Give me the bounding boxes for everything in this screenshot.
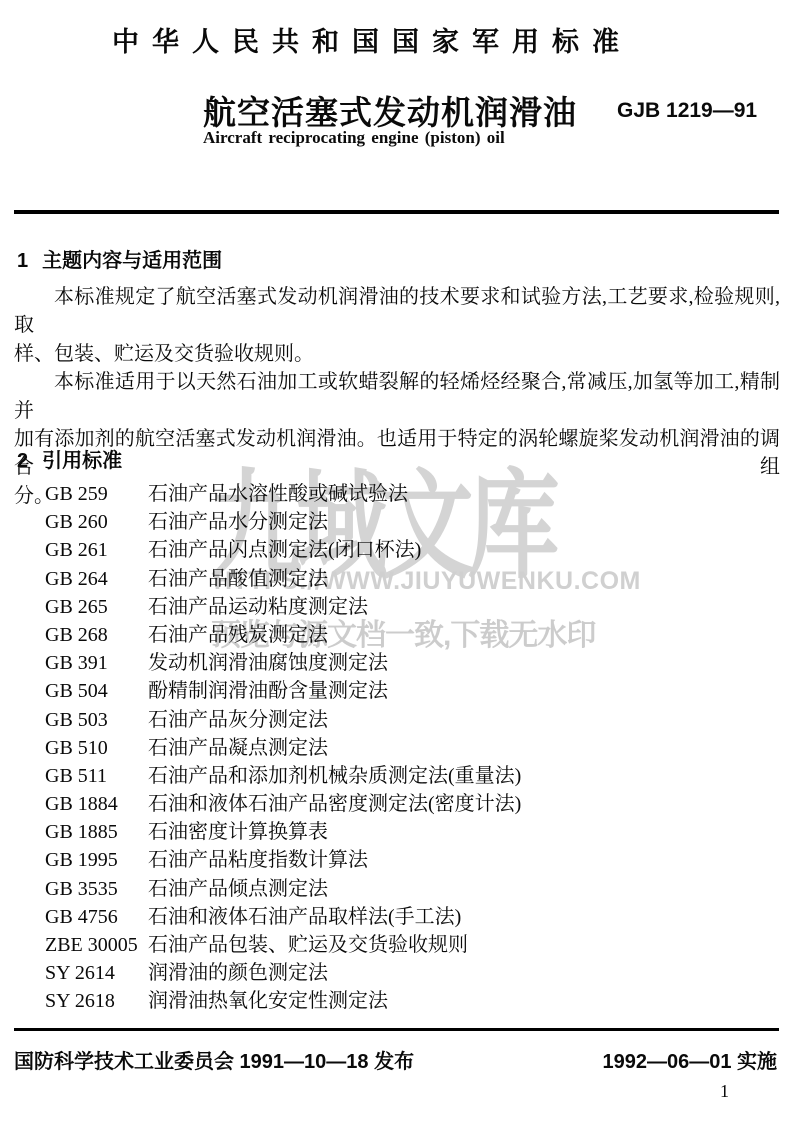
reference-row: GB 3535 石油产品倾点测定法 <box>45 875 521 903</box>
reference-title: 石油产品凝点测定法 <box>148 734 328 762</box>
reference-title: 石油和液体石油产品取样法(手工法) <box>148 903 461 931</box>
reference-row: GB 260 石油产品水分测定法 <box>45 508 521 536</box>
reference-code: GB 265 <box>45 593 148 621</box>
footer-issued-by: 国防科学技术工业委员会 1991—10—18 发布 <box>14 1045 414 1074</box>
reference-code: GB 268 <box>45 621 148 649</box>
reference-code: GB 1885 <box>45 818 148 846</box>
document-page: 九域文库 HTTPS://WWW.JIUYUWENKU.COM 预览与源文档一致… <box>0 0 793 1122</box>
section-1-number: 1 <box>17 250 28 272</box>
document-title-chinese: 航空活塞式发动机润滑油 <box>203 87 577 134</box>
page-number: 1 <box>720 1081 729 1102</box>
reference-code: GB 504 <box>45 677 148 705</box>
paragraph-line: 本标准适用于以天然石油加工或软蜡裂解的轻烯烃经聚合,常减压,加氢等加工,精制并 <box>14 368 780 425</box>
reference-code: GB 511 <box>45 762 148 790</box>
reference-code: GB 4756 <box>45 903 148 931</box>
reference-row: GB 510 石油产品凝点测定法 <box>45 734 521 762</box>
reference-title: 石油和液体石油产品密度测定法(密度计法) <box>148 790 521 818</box>
reference-row: GB 265 石油产品运动粘度测定法 <box>45 593 521 621</box>
reference-row: GB 268 石油产品残炭测定法 <box>45 621 521 649</box>
reference-row: GB 264 石油产品酸值测定法 <box>45 565 521 593</box>
reference-row: ZBE 30005 石油产品包装、贮运及交货验收规则 <box>45 931 521 959</box>
reference-title: 石油产品残炭测定法 <box>148 621 328 649</box>
reference-code: GB 391 <box>45 649 148 677</box>
standard-number: GJB 1219—91 <box>617 99 757 123</box>
reference-title: 发动机润滑油腐蚀度测定法 <box>148 649 388 677</box>
reference-title: 石油产品运动粘度测定法 <box>148 593 368 621</box>
reference-row: GB 503 石油产品灰分测定法 <box>45 706 521 734</box>
reference-title: 石油产品闪点测定法(闭口杯法) <box>148 536 421 564</box>
section-1-title: 主题内容与适用范围 <box>42 250 222 272</box>
section-1-body: 本标准规定了航空活塞式发动机润滑油的技术要求和试验方法,工艺要求,检验规则,取 … <box>14 283 780 510</box>
reference-code: GB 261 <box>45 536 148 564</box>
reference-title: 酚精制润滑油酚含量测定法 <box>148 677 388 705</box>
reference-title: 石油产品和添加剂机械杂质测定法(重量法) <box>148 762 521 790</box>
paragraph-line: 样、包装、贮运及交货验收规则。 <box>14 340 780 368</box>
reference-row: GB 511 石油产品和添加剂机械杂质测定法(重量法) <box>45 762 521 790</box>
reference-row: GB 261 石油产品闪点测定法(闭口杯法) <box>45 536 521 564</box>
paragraph-line: 加有添加剂的航空活塞式发动机润滑油。也适用于特定的涡轮螺旋桨发动机润滑油的调合组 <box>14 425 780 482</box>
reference-code: GB 259 <box>45 480 148 508</box>
reference-code: GB 1884 <box>45 790 148 818</box>
document-title-english: Aircraft reciprocating engine (piston) o… <box>203 128 505 148</box>
reference-row: GB 259 石油产品水溶性酸或碱试验法 <box>45 480 521 508</box>
reference-title: 石油产品水溶性酸或碱试验法 <box>148 480 408 508</box>
footer-effective-date: 1992—06—01 实施 <box>602 1045 777 1074</box>
reference-row: GB 504 酚精制润滑油酚含量测定法 <box>45 677 521 705</box>
reference-row: GB 4756 石油和液体石油产品取样法(手工法) <box>45 903 521 931</box>
reference-code: GB 3535 <box>45 875 148 903</box>
reference-code: GB 264 <box>45 565 148 593</box>
reference-title: 润滑油热氧化安定性测定法 <box>148 987 388 1015</box>
reference-title: 石油产品水分测定法 <box>148 508 328 536</box>
footer-divider-rule <box>14 1028 779 1031</box>
section-2-number: 2 <box>17 450 28 472</box>
paragraph-line: 本标准规定了航空活塞式发动机润滑油的技术要求和试验方法,工艺要求,检验规则,取 <box>14 283 780 340</box>
reference-code: SY 2618 <box>45 987 148 1015</box>
reference-title: 石油产品酸值测定法 <box>148 565 328 593</box>
reference-code: ZBE 30005 <box>45 931 148 959</box>
reference-title: 石油密度计算换算表 <box>148 818 328 846</box>
section-1-heading: 1主题内容与适用范围 <box>17 244 222 273</box>
referenced-standards-list: GB 259 石油产品水溶性酸或碱试验法 GB 260 石油产品水分测定法 GB… <box>45 480 521 1016</box>
reference-title: 润滑油的颜色测定法 <box>148 959 328 987</box>
reference-code: SY 2614 <box>45 959 148 987</box>
reference-row: SY 2614 润滑油的颜色测定法 <box>45 959 521 987</box>
reference-code: GB 510 <box>45 734 148 762</box>
reference-row: GB 391 发动机润滑油腐蚀度测定法 <box>45 649 521 677</box>
reference-code: GB 260 <box>45 508 148 536</box>
reference-code: GB 503 <box>45 706 148 734</box>
section-2-title: 引用标准 <box>42 450 122 472</box>
reference-title: 石油产品倾点测定法 <box>148 875 328 903</box>
reference-title: 石油产品灰分测定法 <box>148 706 328 734</box>
reference-row: GB 1884 石油和液体石油产品密度测定法(密度计法) <box>45 790 521 818</box>
reference-title: 石油产品粘度指数计算法 <box>148 846 368 874</box>
reference-row: GB 1885 石油密度计算换算表 <box>45 818 521 846</box>
reference-code: GB 1995 <box>45 846 148 874</box>
reference-title: 石油产品包装、贮运及交货验收规则 <box>148 931 468 959</box>
reference-row: SY 2618 润滑油热氧化安定性测定法 <box>45 987 521 1015</box>
header-divider-rule <box>14 210 779 214</box>
reference-row: GB 1995 石油产品粘度指数计算法 <box>45 846 521 874</box>
standard-class-heading: 中华人民共和国国家军用标准 <box>112 20 632 59</box>
section-2-heading: 2引用标准 <box>17 444 122 473</box>
